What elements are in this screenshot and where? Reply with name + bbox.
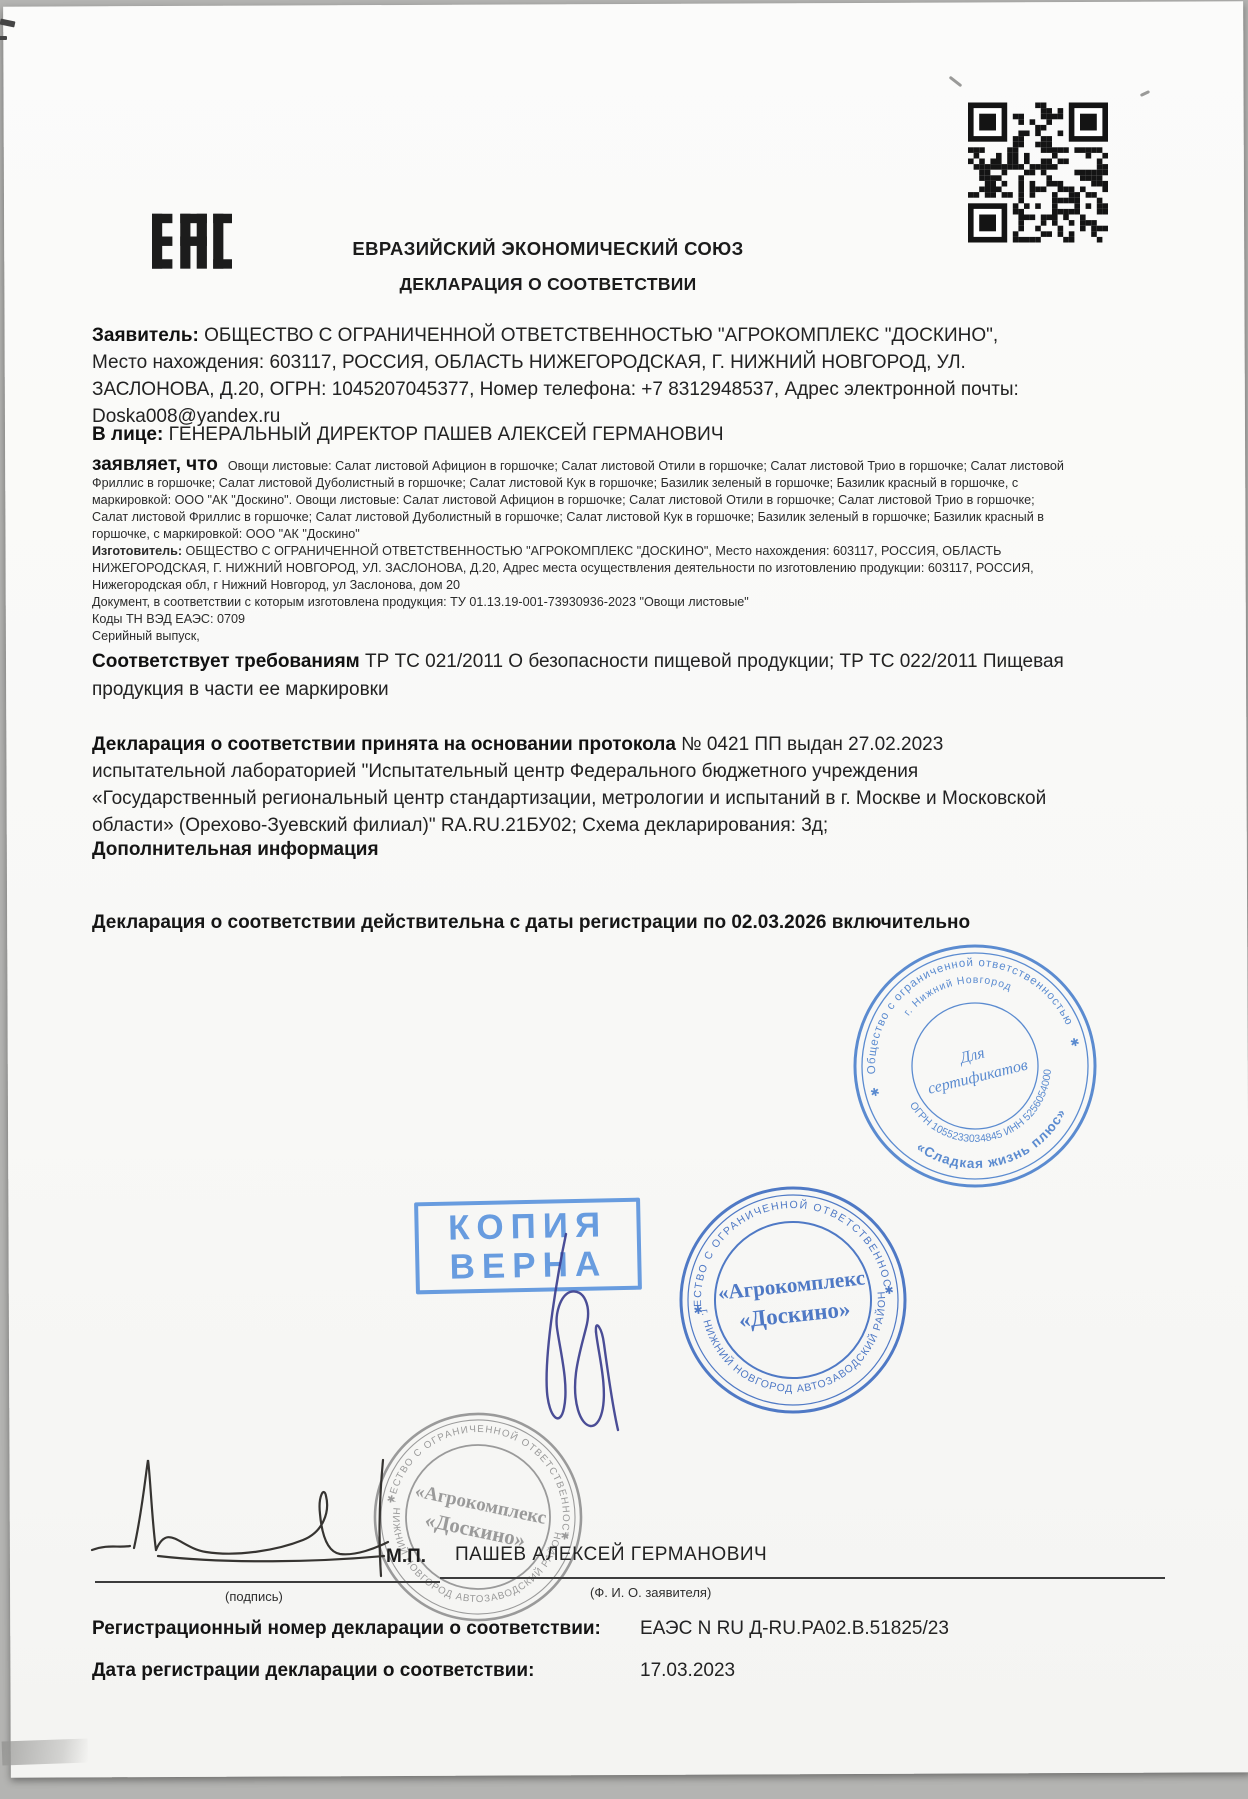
additional-info-label: Дополнительная информация [92, 836, 379, 863]
round-stamp-doskino-blue: ОБЩЕСТВО С ОГРАНИЧЕННОЙ ОТВЕТСТВЕННОСТЬЮ… [650, 1157, 936, 1443]
document-titles: ЕВРАЗИЙСКИЙ ЭКОНОМИЧЕСКИЙ СОЮЗ ДЕКЛАРАЦИ… [258, 238, 838, 295]
applicant-paragraph: Заявитель: ОБЩЕСТВО С ОГРАНИЧЕННОЙ ОТВЕТ… [92, 322, 1032, 430]
signature-caption: (подпись) [225, 1589, 283, 1604]
applicant-text: ОБЩЕСТВО С ОГРАНИЧЕННОЙ ОТВЕТСТВЕННОСТЬЮ… [92, 325, 1019, 427]
signature-line [95, 1581, 440, 1583]
document-title: ДЕКЛАРАЦИЯ О СООТВЕТСТВИИ [258, 274, 838, 295]
validity-paragraph: Декларация о соответствии действительна … [92, 908, 992, 937]
declaration-body: заявляет, чтоОвощи листовые: Салат листо… [92, 456, 1067, 645]
manufacturer-paragraph: Изготовитель: ОБЩЕСТВО С ОГРАНИЧЕННОЙ ОТ… [92, 543, 1067, 594]
name-line [440, 1577, 1165, 1579]
compliance-paragraph: Соответствует требованиям ТР ТС 021/2011… [92, 648, 1084, 704]
registration-number-value: ЕАЭС N RU Д-RU.РА02.В.51825/23 [640, 1618, 949, 1640]
in-person-text: ГЕНЕРАЛЬНЫЙ ДИРЕКТОР ПАШЕВ АЛЕКСЕЙ ГЕРМА… [163, 424, 723, 445]
scan-artifact-corner [2, 1739, 89, 1766]
name-caption: (Ф. И. О. заявителя) [590, 1585, 711, 1600]
star-separator: ✱ [560, 1531, 570, 1544]
in-person-line: В лице: ГЕНЕРАЛЬНЫЙ ДИРЕКТОР ПАШЕВ АЛЕКС… [92, 421, 1032, 448]
scanned-page: ЕВРАЗИЙСКИЙ ЭКОНОМИЧЕСКИЙ СОЮЗ ДЕКЛАРАЦИ… [0, 0, 1248, 1799]
registration-date-label: Дата регистрации декларации о соответств… [92, 1660, 534, 1682]
signature-black-ink [88, 1452, 488, 1584]
registration-number-row: Регистрационный номер декларации о соотв… [92, 1618, 1192, 1648]
registration-date-row: Дата регистрации декларации о соответств… [92, 1660, 1192, 1690]
tnved-line: Коды ТН ВЭД ЕАЭС: 0709 [92, 611, 1067, 628]
star-separator: ✱ [869, 1086, 881, 1100]
registration-date-value: 17.03.2023 [640, 1660, 735, 1682]
qr-code [968, 100, 1108, 245]
star-separator: ✱ [693, 1305, 703, 1318]
scan-artifact-tick [0, 36, 7, 40]
basis-paragraph: Декларация о соответствии принята на осн… [92, 731, 1060, 839]
stamp-center-text: «Доскино» [738, 1296, 852, 1333]
applicant-label: Заявитель: [92, 325, 199, 346]
mp-label: М.П. [386, 1546, 426, 1568]
registration-number-label: Регистрационный номер декларации о соотв… [92, 1618, 601, 1640]
union-title: ЕВРАЗИЙСКИЙ ЭКОНОМИЧЕСКИЙ СОЮЗ [258, 238, 838, 260]
star-separator: ✱ [884, 1284, 894, 1297]
basis-label: Декларация о соответствии принята на осн… [92, 734, 676, 755]
product-document-line: Документ, в соответствии с которым изгот… [92, 594, 1067, 611]
serial-line: Серийный выпуск, [92, 628, 1067, 645]
manufacturer-label: Изготовитель: [92, 544, 182, 558]
stamp-center-text: Для [957, 1045, 987, 1068]
declares-label: заявляет, что [92, 454, 228, 475]
eac-logo [152, 206, 232, 278]
compliance-label: Соответствует требованиям [92, 651, 360, 672]
in-person-label: В лице: [92, 424, 163, 445]
manufacturer-text: ОБЩЕСТВО С ОГРАНИЧЕННОЙ ОТВЕТСТВЕННОСТЬЮ… [92, 544, 1034, 592]
products-paragraph: заявляет, чтоОвощи листовые: Салат листо… [92, 456, 1067, 543]
star-separator: ✱ [1069, 1036, 1081, 1050]
products-text: Овощи листовые: Салат листовой Афицион в… [92, 459, 1064, 541]
applicant-full-name: ПАШЕВ АЛЕКСЕЙ ГЕРМАНОВИЧ [455, 1544, 767, 1566]
